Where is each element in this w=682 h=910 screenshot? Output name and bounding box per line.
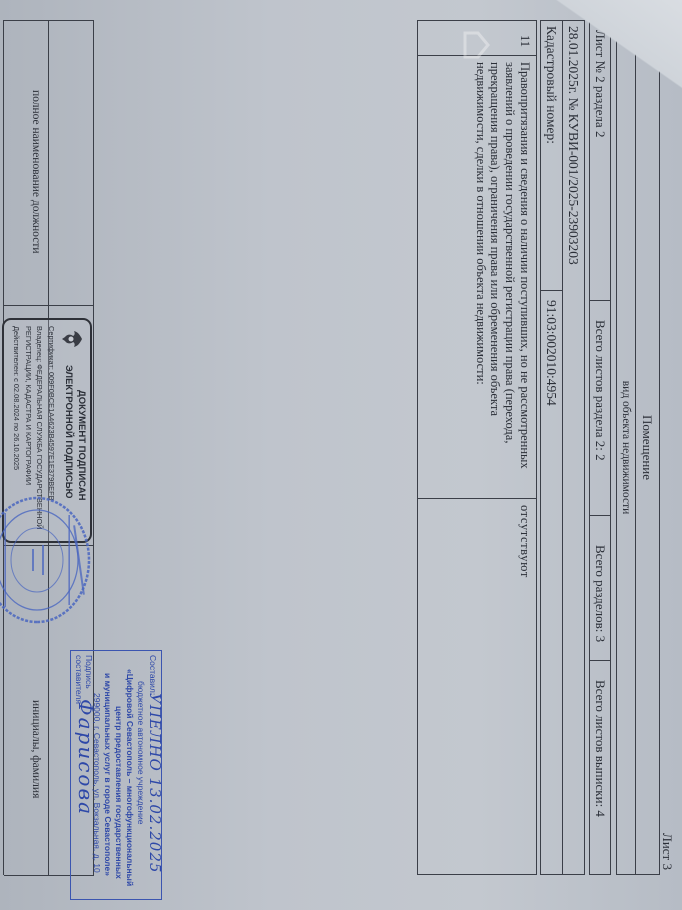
extract-date-number: 28.01.2025г. № КУВИ-001/2025-23903203 xyxy=(565,26,581,265)
verification-stamp: Составил: УПЕЛНО 13.02.2025 бюджетное ав… xyxy=(70,650,162,900)
object-type-divider xyxy=(635,20,636,875)
esig-certificate: Сертификат: 009F0BCE1A4623B4597E1E379BEF… xyxy=(46,326,55,501)
counter-divider xyxy=(589,660,611,661)
coat-of-arms-icon xyxy=(60,328,84,350)
counter-divider xyxy=(589,515,611,516)
signature-divider xyxy=(4,305,94,306)
handwritten-signature: Фарисова xyxy=(74,699,97,816)
org-line-1: бюджетное автономное учреждение xyxy=(135,681,145,825)
sheet-of-section: Лист № 2 раздела 2 xyxy=(592,30,607,137)
counter-divider xyxy=(589,300,611,301)
row-number: 11 xyxy=(518,35,532,47)
org-line-2: «Цифровой Севастополь – многофункциональ… xyxy=(124,669,134,886)
esig-validity: Действителен: с 02.08.2024 по 26.10.2025 xyxy=(11,326,20,470)
initials-caption: инициалы, фамилия xyxy=(29,700,42,798)
object-type: Помещение xyxy=(639,20,654,875)
round-seal-icon xyxy=(0,495,92,625)
signature-label: Подпись xyxy=(83,655,93,689)
sheets-in-section: Всего листов раздела 2: 2 xyxy=(592,320,607,461)
sheets-total: Всего листов выписки: 4 xyxy=(592,680,607,817)
extract-sheet: Лист 3 Помещение вид объекта недвижимост… xyxy=(0,0,682,910)
position-caption: полное наименование должности xyxy=(29,90,42,254)
handwritten-date: УПЕЛНО 13.02.2025 xyxy=(146,693,163,873)
made-by-label: Составил: xyxy=(147,655,157,695)
esig-title-1: ДОКУМЕНТ ПОДПИСАН xyxy=(75,390,86,501)
cad-divider xyxy=(540,290,563,291)
cadastral-number: 91:03:002010:4954 xyxy=(543,300,559,406)
watermark-house-icon xyxy=(462,30,492,60)
org-line-3: центр предоставления государственных xyxy=(113,706,123,879)
org-line-4: и муниципальных услуг в городе Севастопо… xyxy=(102,673,112,876)
esig-issuer-2: РЕГИСТРАЦИИ, КАДАСТРА И КАРТОГРАФИИ xyxy=(23,326,32,485)
signature-label-2: составителя xyxy=(73,655,83,704)
id-divider xyxy=(562,20,563,875)
row-value-divider xyxy=(417,498,537,499)
object-type-caption: вид объекта недвижимости xyxy=(619,20,632,875)
row-value: отсутствуют xyxy=(518,505,532,578)
sheet-number: Лист 3 xyxy=(659,833,674,870)
sections-total: Всего разделов: 3 xyxy=(592,545,607,642)
row-label: Правопритязания и сведения о наличии пос… xyxy=(473,62,532,492)
esig-title-2: ЭЛЕКТРОННОЙ ПОДПИСЬЮ xyxy=(62,365,73,498)
signature-border xyxy=(4,20,94,21)
cadastral-label: Кадастровый номер: xyxy=(543,26,559,144)
